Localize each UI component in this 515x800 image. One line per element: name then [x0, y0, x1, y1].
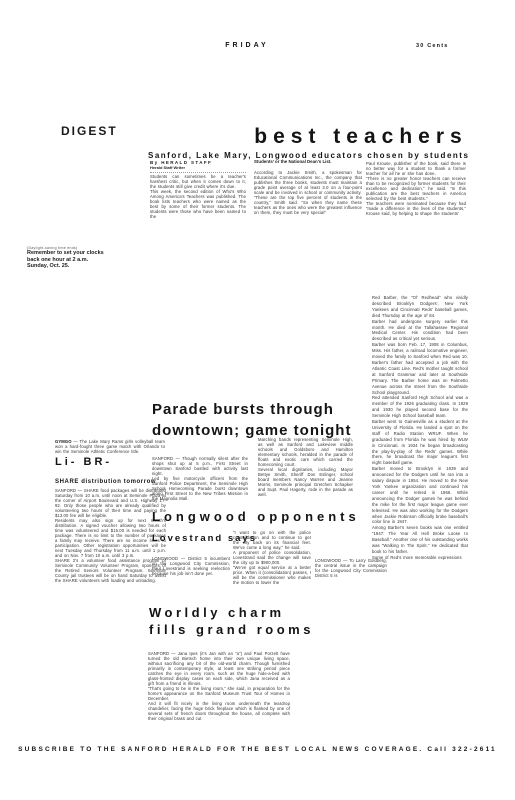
digest-item-text: — The Lake Mary Rams girls volleyball te…	[55, 439, 165, 454]
best-teachers-col2: According to Jackie Smith, a spokesman f…	[254, 170, 362, 215]
parade-headline: Parade bursts through downtown; game ton…	[152, 400, 351, 441]
parade-col1: SANFORD — Though normally silent after t…	[152, 456, 248, 501]
longwood-col2: “I want to go on with the police consoli…	[233, 530, 311, 585]
barber-obituary-column: Red Barber, the “Ol' Redhead” who vividl…	[372, 295, 468, 561]
share-body: SANFORD — SHARE food packages will be di…	[55, 488, 166, 583]
digest-item-gymgo: GYMGO — The Lake Mary Rams girls volleyb…	[55, 434, 165, 454]
masthead-day: FRIDAY	[187, 42, 307, 49]
clock-note-text: Remember to set your clocks back one hou…	[27, 250, 105, 270]
subscribe-banner: SUBSCRIBE TO THE SANFORD HERALD FOR THE …	[0, 746, 515, 753]
longwood-col3: LONGWOOD — To Larry Goldberg, the centra…	[315, 558, 387, 578]
longwood-headline: Longwood opponents	[152, 509, 360, 524]
best-teachers-col2-lead: Students' or the National Dean's List.	[254, 159, 362, 164]
parade-col2: Marching bands representing Seminole Hig…	[258, 437, 353, 497]
worldly-body: SANFORD — Jana Ipes (it's Jan with an “a…	[148, 651, 290, 721]
byline-rule	[150, 172, 246, 173]
best-teachers-col3: Paul Krouse, publisher of the book, said…	[366, 161, 466, 216]
share-section-heading: Li- BR-	[55, 456, 112, 468]
best-teachers-headline: best teachers	[248, 125, 474, 149]
best-teachers-col1: Students can sometimes be a teacher's ha…	[150, 174, 246, 219]
digest-label: DIGEST	[61, 124, 118, 138]
share-subheading: SHARE distribution tomorrow	[55, 479, 156, 485]
masthead-price: 30 Cents	[416, 43, 486, 49]
newspaper-page: FRIDAY 30 Cents DIGEST (Daylight-saving …	[0, 0, 515, 800]
byline: By HERALD STAFF Herald Staff Writer	[150, 160, 246, 173]
longwood-col1: LONGWOOD — District 5 incumbent on the L…	[152, 556, 230, 576]
clock-note: (Daylight-saving time ends) Remember to …	[27, 246, 105, 270]
worldly-headline: Worldly charm fills grand rooms	[149, 604, 314, 638]
byline-title: Herald Staff Writer	[150, 165, 246, 170]
